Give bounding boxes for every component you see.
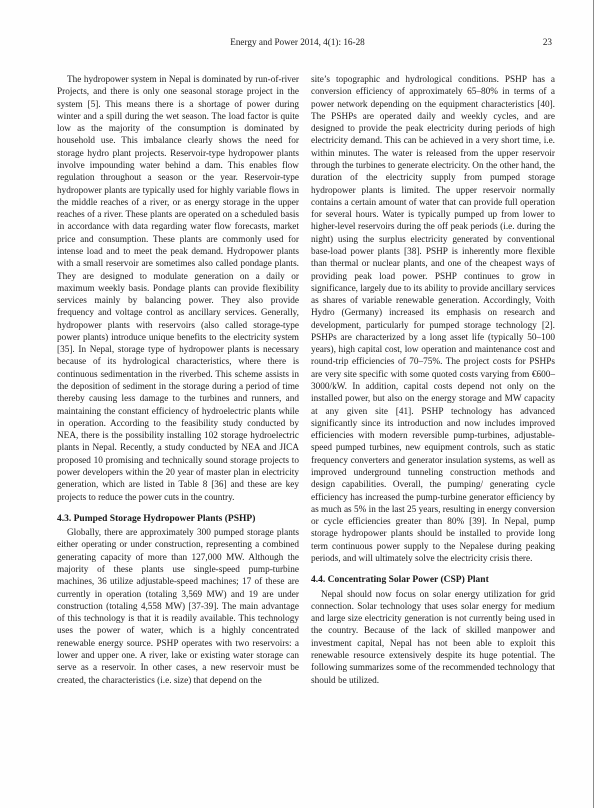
journal-citation: Energy and Power 2014, 4(1): 16-28 [0,35,595,49]
running-header: Energy and Power 2014, 4(1): 16-28 23 [0,35,595,49]
section-heading-4-3: 4.3. Pumped Storage Hydropower Plants (P… [57,513,299,525]
paragraph-storage-hydro: The hydropower system in Nepal is domina… [57,74,299,504]
page-number: 23 [543,35,552,49]
paragraph-pshp-intro: Globally, there are approximately 300 pu… [57,527,299,687]
left-column: The hydropower system in Nepal is domina… [57,74,299,687]
right-column: site’s topographic and hydrological cond… [311,74,555,687]
paragraph-pshp-continued: site’s topographic and hydrological cond… [311,74,555,565]
paragraph-csp-intro: Nepal should now focus on solar energy u… [311,589,555,687]
page-edge-line [593,0,594,808]
section-heading-4-4: 4.4. Concentrating Solar Power (CSP) Pla… [311,574,555,586]
